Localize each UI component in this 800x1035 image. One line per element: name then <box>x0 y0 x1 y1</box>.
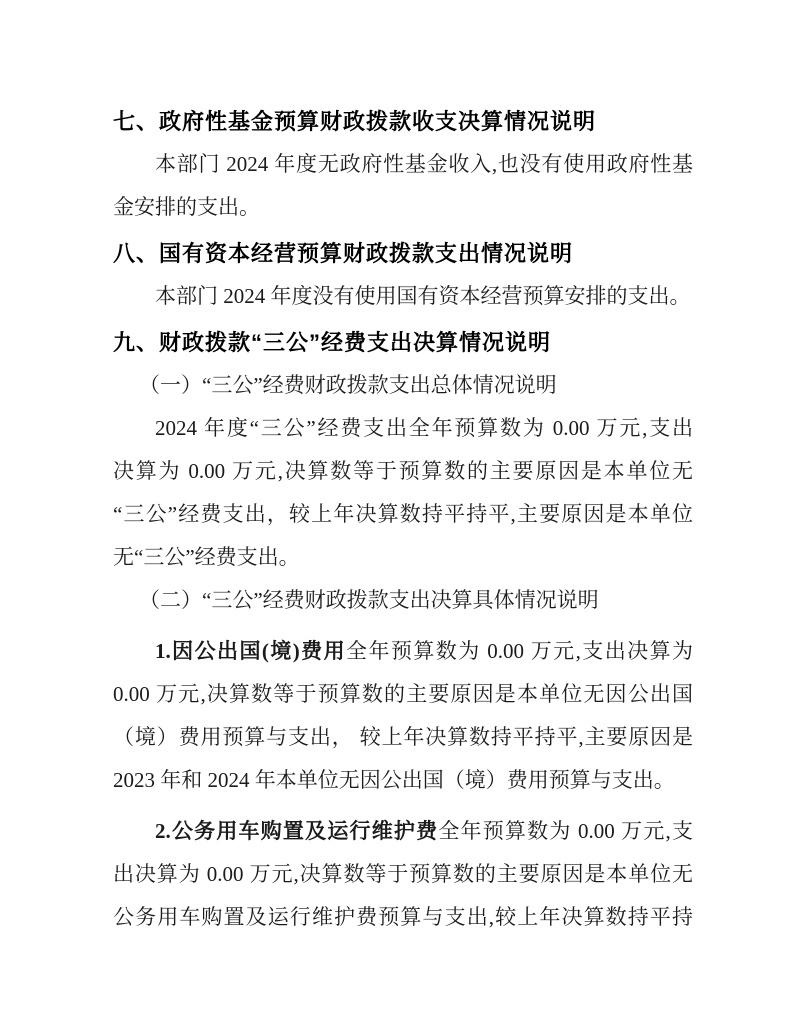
para-9-2a-line-4: 2023 年和 2024 年本单位无因公出国（境）费用预算与支出。 <box>113 759 693 802</box>
para-9-2a-lead: 1.因公出国(境)费用 <box>155 639 346 663</box>
para-9-2a-line-1-rest: 全年预算数为 0.00 万元,支出决算为 <box>346 639 693 663</box>
para-9-2b-line-1-rest: 全年预算数为 0.00 万元,支 <box>438 819 693 843</box>
para-9-2b-line-1: 2.公务用车购置及运行维护费全年预算数为 0.00 万元,支 <box>113 810 693 853</box>
para-9-1-line-3: “三公”经费支出，较上年决算数持平持平,主要原因是本单位 <box>113 493 693 536</box>
para-9-2a-line-1: 1.因公出国(境)费用全年预算数为 0.00 万元,支出决算为 <box>113 630 693 673</box>
para-9-2b-line-3: 公务用车购置及运行维护费预算与支出,较上年决算数持平持 <box>113 896 693 939</box>
para-7-line-2: 金安排的支出。 <box>113 186 693 229</box>
document-page: 七、政府性基金预算财政拨款收支决算情况说明 本部门 2024 年度无政府性基金收… <box>0 0 800 1035</box>
subheading-9-2: （二）“三公”经费财政拨款支出决算具体情况说明 <box>113 579 693 622</box>
para-9-2b-lead: 2.公务用车购置及运行维护费 <box>155 819 438 843</box>
para-9-1-line-2: 决算为 0.00 万元,决算数等于预算数的主要原因是本单位无 <box>113 450 693 493</box>
subheading-9-1: （一）“三公”经费财政拨款支出总体情况说明 <box>113 364 693 407</box>
para-9-1-line-4: 无“三公”经费支出。 <box>113 536 693 579</box>
heading-section-7: 七、政府性基金预算财政拨款收支决算情况说明 <box>113 100 693 143</box>
para-9-2b-line-2: 出决算为 0.00 万元,决算数等于预算数的主要原因是本单位无 <box>113 853 693 896</box>
para-9-2a-line-3: （境）费用预算与支出， 较上年决算数持平持平,主要原因是 <box>113 716 693 759</box>
heading-section-9: 九、财政拨款“三公”经费支出决算情况说明 <box>113 321 693 364</box>
para-8-line-1: 本部门 2024 年度没有使用国有资本经营预算安排的支出。 <box>113 275 693 318</box>
para-7-line-1: 本部门 2024 年度无政府性基金收入,也没有使用政府性基 <box>113 143 693 186</box>
document-content: 七、政府性基金预算财政拨款收支决算情况说明 本部门 2024 年度无政府性基金收… <box>0 0 800 939</box>
heading-section-8: 八、国有资本经营预算财政拨款支出情况说明 <box>113 232 693 275</box>
para-9-1-line-1: 2024 年度“三公”经费支出全年预算数为 0.00 万元,支出 <box>113 407 693 450</box>
para-9-2a-line-2: 0.00 万元,决算数等于预算数的主要原因是本单位无因公出国 <box>113 673 693 716</box>
